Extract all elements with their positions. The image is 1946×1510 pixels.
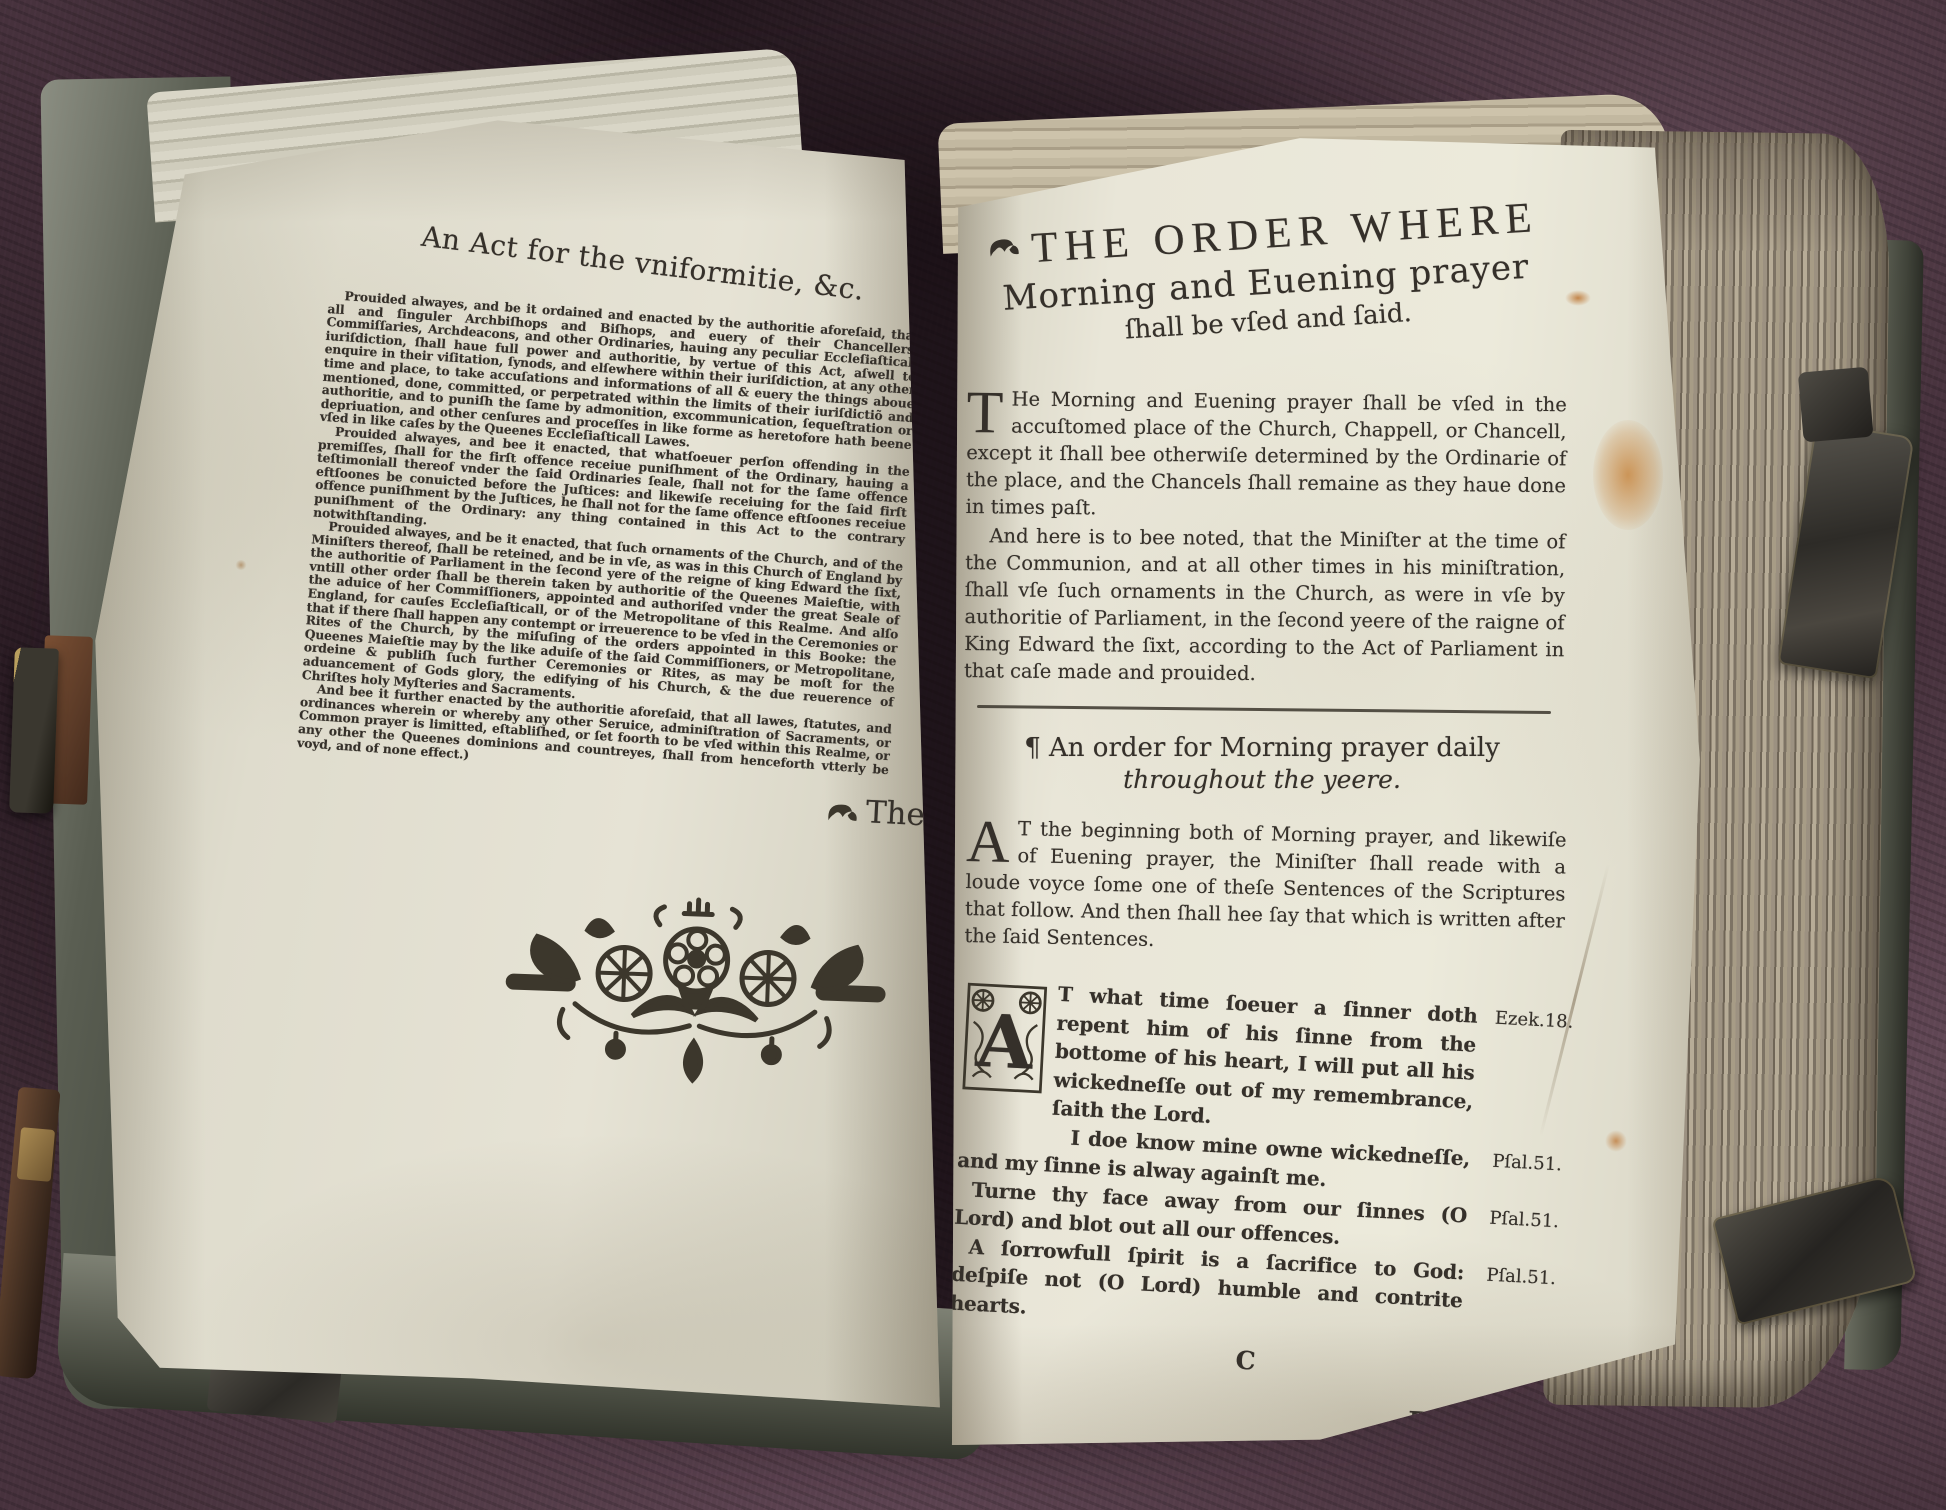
sentence-text: T what time ſoeuer a ſinner doth repent …: [1052, 982, 1479, 1128]
fleuron-icon: [986, 231, 1022, 263]
section-heading-text: ¶ An order for Morning prayer daily: [967, 733, 1557, 763]
catchword-left-text: The: [865, 794, 926, 833]
right-page: THE ORDER WHERE Morning and Euening pray…: [945, 100, 1720, 1460]
left-page: An Act for the vniformitie, &c. Prouided…: [85, 90, 945, 1410]
order-rubric-paragraph: AT the beginning both of Morning prayer,…: [964, 814, 1567, 962]
section-divider-rule: [977, 705, 1551, 714]
paragraph-text: T the beginning both of Morning prayer, …: [964, 817, 1567, 951]
margin-reference: Pſal.51.: [1473, 1203, 1560, 1236]
scripture-sentences-block: A T what time ſoeuer a ſinner doth repen…: [949, 975, 1478, 1343]
drop-cap-T: T: [966, 385, 1011, 437]
metal-clasp-left: [9, 647, 59, 813]
margin-reference: Ezek.18.: [1494, 1005, 1574, 1038]
leather-strap-bottom-left: [0, 1087, 61, 1380]
margin-reference: Pſal.51.: [1380, 1141, 1563, 1179]
scripture-sentence: A T what time ſoeuer a ſinner doth repen…: [960, 975, 1479, 1144]
rubric-paragraph: And here is to bee noted, that the Miniſ…: [964, 522, 1566, 690]
order-rubric-block: AT the beginning both of Morning prayer,…: [964, 814, 1567, 962]
woodcut-initial-A: A: [960, 980, 1048, 1104]
paragraph-text: He Morning and Euening prayer ſhall be v…: [966, 387, 1567, 519]
rubric-paragraph: THe Morning and Euening prayer ſhall be …: [966, 385, 1567, 526]
woodcut-tailpiece: [500, 883, 892, 1100]
margin-reference: Pſal.51.: [1470, 1260, 1557, 1293]
drop-cap-A: A: [966, 814, 1018, 867]
rubric-block: THe Morning and Euening prayer ſhall be …: [964, 385, 1567, 690]
section-heading: ¶ An order for Morning prayer daily thro…: [967, 733, 1557, 794]
leaf-ornament-icon: [825, 798, 860, 826]
photograph-of-open-antique-book: An Act for the vniformitie, &c. Prouided…: [0, 0, 1946, 1510]
initial-letter: A: [973, 999, 1036, 1087]
left-page-text-block: Prouided alwayes, and be it ordained and…: [297, 288, 920, 790]
section-subheading-text: throughout the yeere.: [967, 765, 1557, 794]
